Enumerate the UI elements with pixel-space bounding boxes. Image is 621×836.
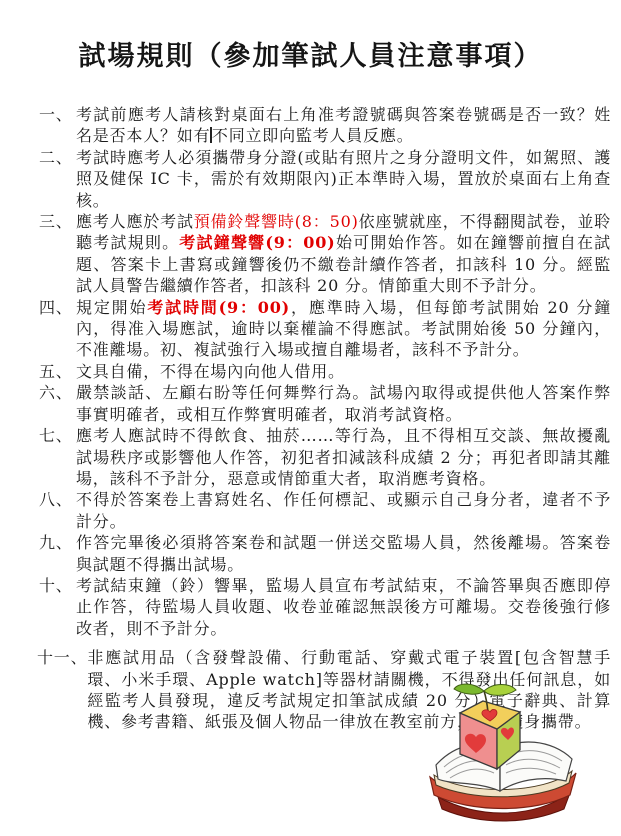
rule-number: 八、 <box>39 489 76 510</box>
rule-number: 五、 <box>39 361 76 382</box>
exam-rules-document: 試場規則（參加筆試人員注意事項） 一、考試前應考人請核對桌面右上角准考證號碼與答… <box>0 0 621 836</box>
rule-text-segment: 作答完畢後必須將答案卷和試題一併送交監場人員，然後離場。答案卷與試題不得攜出試場… <box>76 533 611 573</box>
rule-text-segment: 嚴禁談話、左顧右盼等任何舞弊行為。試場內取得或提供他人答案作弊事實明確者，或相互… <box>76 383 611 423</box>
rule-text: 應考人應於考試預備鈴聲響時(8：50)依座號就座，不得翻閱試卷，並聆聽考試規則。… <box>76 211 611 297</box>
rule-text: 考試前應考人請核對桌面右上角准考證號碼與答案卷號碼是否一致？姓名是否本人？如有不… <box>76 104 611 147</box>
rule-item: 九、作答完畢後必須將答案卷和試題一併送交監場人員，然後離場。答案卷與試題不得攜出… <box>0 532 621 575</box>
rule-text-segment: 考試結束鐘（鈴）響畢，監場人員宣布考試結束，不論答畢與否應即停止作答，待監場人員… <box>76 576 611 638</box>
rule-text: 規定開始考試時間(9：00)，應準時入場，但每節考試開始 20 分鐘內，得准入場… <box>76 297 611 361</box>
rule-number: 四、 <box>39 297 76 318</box>
page-title: 試場規則（參加筆試人員注意事項） <box>0 34 621 73</box>
rule-text: 文具自備，不得在場內向他人借用。 <box>76 361 611 382</box>
rule-item: 一、考試前應考人請核對桌面右上角准考證號碼與答案卷號碼是否一致？姓名是否本人？如… <box>0 104 621 147</box>
rule-item: 六、嚴禁談話、左顧右盼等任何舞弊行為。試場內取得或提供他人答案作弊事實明確者，或… <box>0 382 621 425</box>
rule-text-segment: 不得於答案卷上書寫姓名、作任何標記、或顯示自己身分者，違者不予計分。 <box>76 490 611 530</box>
rule-text-segment: 應考人應試時不得飲食、抽菸……等行為，且不得相互交談、無故擾亂試場秩序或影響他人… <box>76 426 611 488</box>
rule-item: 八、不得於答案卷上書寫姓名、作任何標記、或顯示自己身分者，違者不予計分。 <box>0 489 621 532</box>
rule-item: 十、考試結束鐘（鈴）響畢，監場人員宣布考試結束，不論答畢與否應即停止作答，待監場… <box>0 575 621 639</box>
rule-text: 不得於答案卷上書寫姓名、作任何標記、或顯示自己身分者，違者不予計分。 <box>76 489 611 532</box>
rule-number: 七、 <box>39 425 76 446</box>
rule-text-segment: 考試時應考人必須攜帶身分證(或貼有照片之身分證明文件，如駕照、護照及健保 IC … <box>76 148 611 210</box>
rules-list: 一、考試前應考人請核對桌面右上角准考證號碼與答案卷號碼是否一致？姓名是否本人？如… <box>0 104 621 733</box>
heart-cube-book-icon <box>424 681 584 831</box>
rule-number: 一、 <box>39 104 76 125</box>
rule-text: 考試時應考人必須攜帶身分證(或貼有照片之身分證明文件，如駕照、護照及健保 IC … <box>76 147 611 211</box>
rule-number: 十、 <box>39 575 76 596</box>
rule-item: 三、應考人應於考試預備鈴聲響時(8：50)依座號就座，不得翻閱試卷，並聆聽考試規… <box>0 211 621 297</box>
rule-text: 嚴禁談話、左顧右盼等任何舞弊行為。試場內取得或提供他人答案作弊事實明確者，或相互… <box>76 382 611 425</box>
rule-text-highlight: 考試鐘聲響(9：00) <box>179 233 335 252</box>
rule-number: 九、 <box>39 532 76 553</box>
rule-text-highlight: 考試時間(9：00) <box>147 298 290 317</box>
rule-text-segment: 規定開始 <box>76 298 147 317</box>
rule-item: 七、應考人應試時不得飲食、抽菸……等行為，且不得相互交談、無故擾亂試場秩序或影響… <box>0 425 621 489</box>
rule-item: 四、規定開始考試時間(9：00)，應準時入場，但每節考試開始 20 分鐘內，得准… <box>0 297 621 361</box>
rule-text-segment: 文具自備，不得在場內向他人借用。 <box>76 362 345 381</box>
rule-item: 二、考試時應考人必須攜帶身分證(或貼有照片之身分證明文件，如駕照、護照及健保 I… <box>0 147 621 211</box>
rule-text-highlight: 預備鈴聲響時(8：50) <box>194 212 359 231</box>
book-gift-illustration <box>424 681 584 831</box>
rule-text-segment: 應考人應於考試 <box>76 212 194 231</box>
rule-text: 考試結束鐘（鈴）響畢，監場人員宣布考試結束，不論答畢與否應即停止作答，待監場人員… <box>76 575 611 639</box>
rule-text-segment: 不同立即向監考人員反應。 <box>212 126 414 145</box>
rule-number: 三、 <box>39 211 76 232</box>
rule-number: 六、 <box>39 382 76 403</box>
rule-item: 五、文具自備，不得在場內向他人借用。 <box>0 361 621 382</box>
rule-number: 十一、 <box>37 647 87 668</box>
rule-text: 應考人應試時不得飲食、抽菸……等行為，且不得相互交談、無故擾亂試場秩序或影響他人… <box>76 425 611 489</box>
rule-text: 作答完畢後必須將答案卷和試題一併送交監場人員，然後離場。答案卷與試題不得攜出試場… <box>76 532 611 575</box>
rule-number: 二、 <box>39 147 76 168</box>
